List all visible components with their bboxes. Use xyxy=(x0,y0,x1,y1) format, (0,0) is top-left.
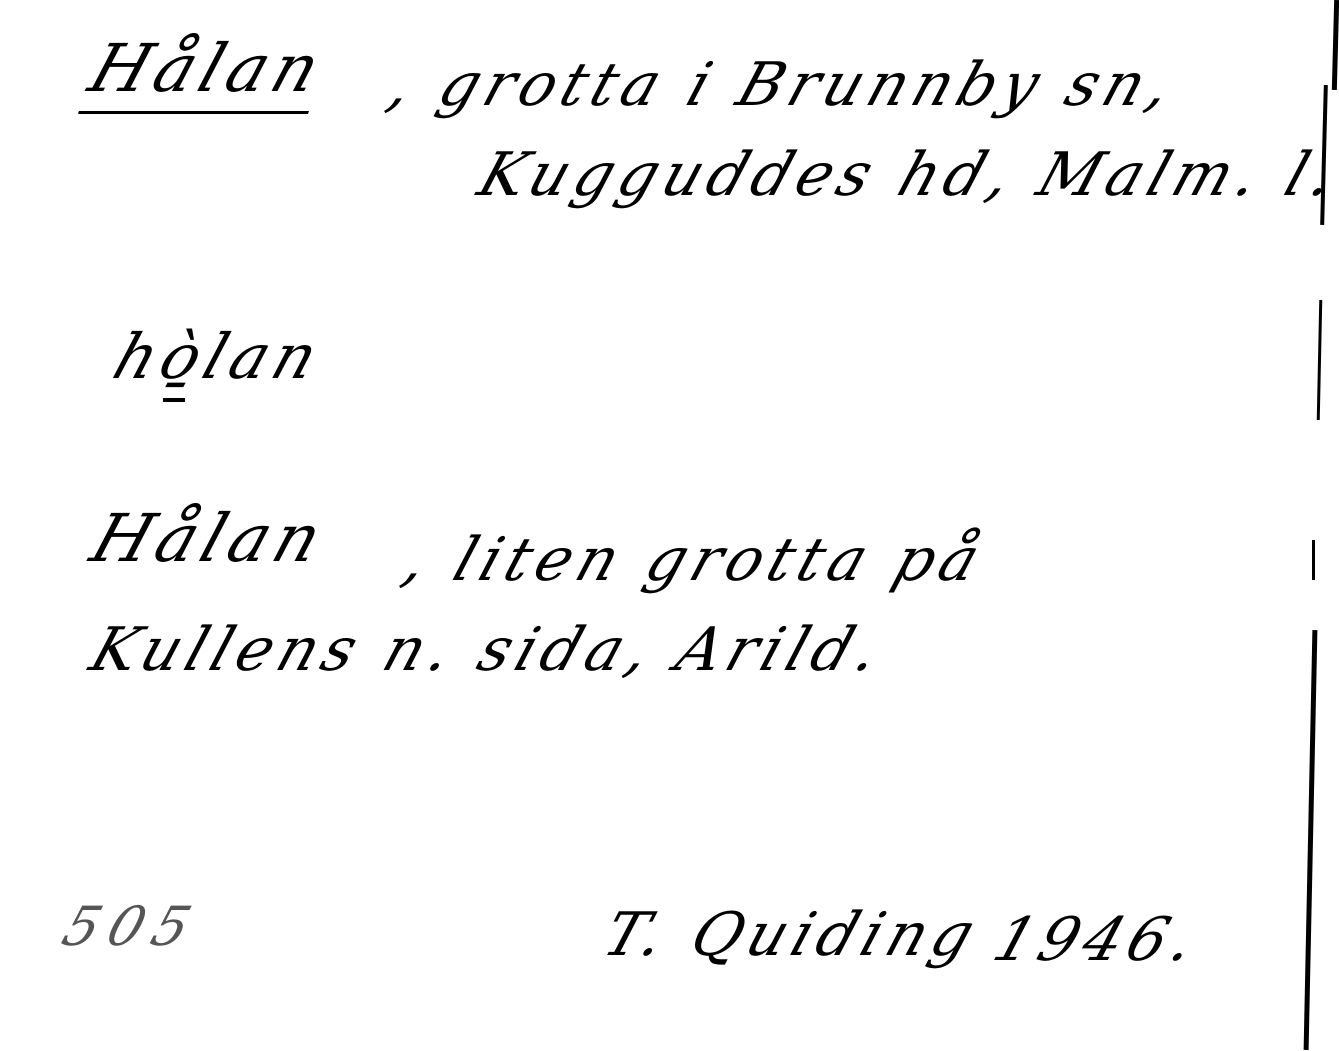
phonetic-form: hò̱lan xyxy=(105,320,333,393)
archive-card: Hålan , grotta i Brunnby sn, Kugguddes h… xyxy=(0,0,1339,1051)
entry2-line1: , liten grotta på xyxy=(395,525,994,595)
signature-year: 1946. xyxy=(985,905,1210,975)
card-edge-line xyxy=(1332,0,1339,90)
entry1-headword: Hålan xyxy=(78,30,335,114)
entry1-line1: , grotta i Brunnby sn, xyxy=(380,50,1186,120)
card-edge-line xyxy=(1304,630,1318,1050)
phonetic-macron-mark xyxy=(163,398,185,402)
entry1-line2: Kugguddes hd, Malm. l. xyxy=(470,140,1339,210)
card-number: 505 xyxy=(55,895,209,958)
entry2-line2: Kullens n. sida, Arild. xyxy=(82,615,894,685)
entry2-headword: Hålan xyxy=(82,500,337,577)
card-edge-line xyxy=(1312,540,1315,580)
signature: T. Quiding xyxy=(595,900,989,970)
card-edge-line xyxy=(1317,300,1323,420)
